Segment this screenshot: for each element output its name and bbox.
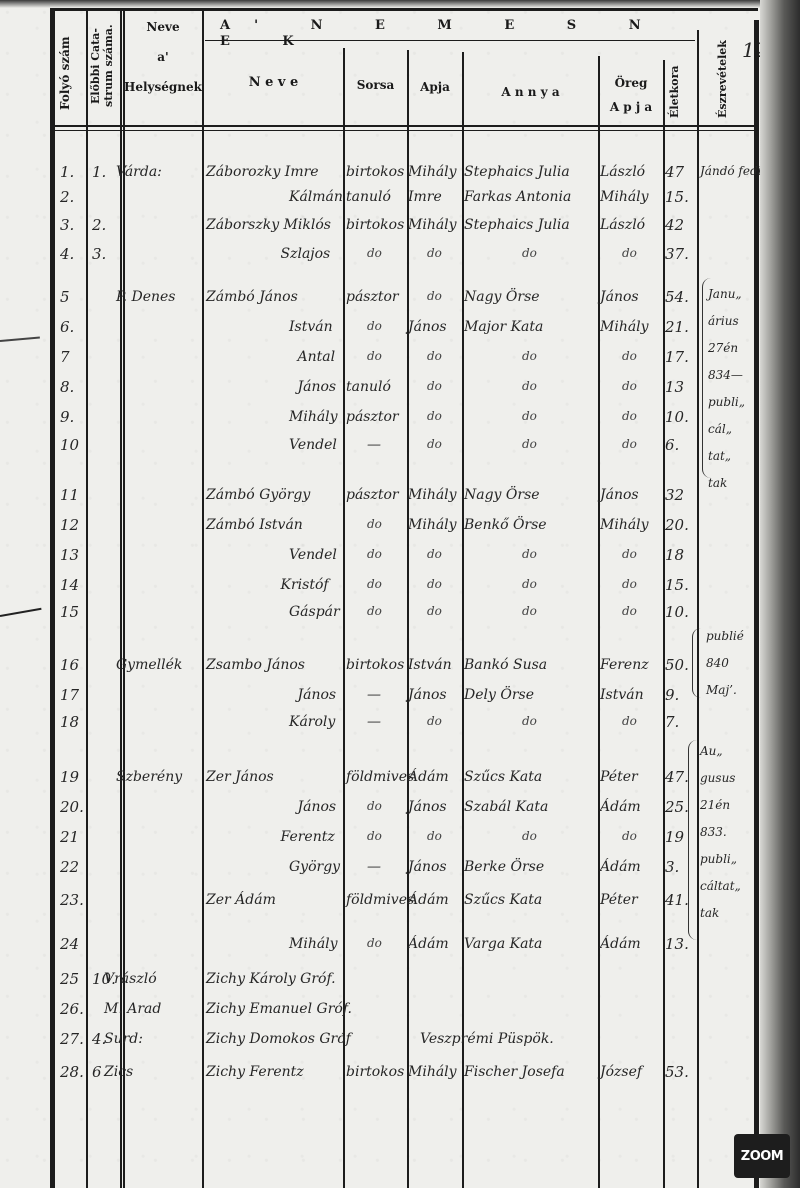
cell-grandfather: do <box>622 605 637 617</box>
brace-note-line: árius <box>708 315 739 327</box>
cell-mother: Szabál Kata <box>464 800 548 814</box>
cell-mother: Nagy Örse <box>464 290 540 304</box>
cell-father: do <box>427 247 442 259</box>
cell-grandfather: Ádám <box>600 860 641 874</box>
cell-grandfather: István <box>600 688 644 702</box>
cell-status: — <box>367 860 381 874</box>
cell-name: Mihály <box>289 410 338 424</box>
cell-grandfather: László <box>600 218 645 232</box>
cell-name: György <box>289 860 340 874</box>
frame-right-line <box>754 20 759 1188</box>
cell-mother: do <box>522 578 537 590</box>
zoom-watermark-text: ZOOM <box>741 1149 783 1164</box>
cell-age: 47. <box>665 770 689 785</box>
cell-mother: do <box>522 410 537 422</box>
cell-status: földmives <box>346 893 414 907</box>
cell-mother: Nagy Örse <box>464 488 540 502</box>
cell-mother: do <box>522 830 537 842</box>
cell-age: 47 <box>665 165 684 180</box>
cell-status: birtokos <box>346 218 404 232</box>
header-sorsa: Sorsa <box>344 78 407 92</box>
cell-no: 28. <box>60 1065 84 1080</box>
cell-age: 13 <box>665 380 684 395</box>
header-bottom-line-2 <box>50 130 758 131</box>
cell-age: 54. <box>665 290 689 305</box>
cell-mother: Fischer Josefa <box>464 1065 565 1079</box>
cell-no: 22 <box>60 860 79 875</box>
cell-status: birtokos <box>346 1065 404 1079</box>
scan-shadow <box>0 0 800 8</box>
cell-no: 3. <box>60 218 74 233</box>
cell-no: 14 <box>60 578 79 593</box>
brace-note-line: 833. <box>700 826 727 838</box>
brace-note-line: tak <box>700 907 719 919</box>
cell-grandfather: do <box>622 438 637 450</box>
cell-grandfather: Mihály <box>600 320 649 334</box>
brace-note-line: 27én <box>708 342 738 354</box>
cell-age: 50. <box>665 658 689 673</box>
cell-status: do <box>367 830 382 842</box>
cell-no: 20. <box>60 800 84 815</box>
cell-mother: Benkő Örse <box>464 518 547 532</box>
col-sep <box>697 30 699 1188</box>
header-helyseg-1: Neve <box>124 20 202 34</box>
cell-mother: Farkas Antonia <box>464 190 571 204</box>
cell-father: do <box>427 290 442 302</box>
cell-place: P. Denes <box>116 290 175 304</box>
cell-mother: do <box>522 715 537 727</box>
cell-mother: Szűcs Kata <box>464 770 542 784</box>
cell-name: Zámbó János <box>206 290 298 304</box>
cell-mother: Varga Kata <box>464 937 542 951</box>
cell-place: Szberény <box>116 770 182 784</box>
frame-left-line <box>50 8 55 1188</box>
cell-name: Vendel <box>289 438 337 452</box>
cell-name: Zichy Károly Gróf. <box>206 972 336 986</box>
cell-no: 1. <box>60 165 74 180</box>
cell-no: 26. <box>60 1002 84 1017</box>
col-sep <box>86 8 88 1188</box>
cell-age: 53. <box>665 1065 689 1080</box>
cell-grandfather: Péter <box>600 893 638 907</box>
cell-name: János <box>298 380 337 394</box>
cell-father: do <box>427 380 442 392</box>
cell-age: 41. <box>665 893 689 908</box>
cell-name: Zichy Domokos Gróf <box>206 1032 351 1046</box>
cell-name: János <box>298 688 337 702</box>
cell-father: Mihály <box>408 1065 457 1079</box>
cell-no: 23. <box>60 893 84 908</box>
cell-name: Szlajos <box>281 247 331 261</box>
header-group-title: A' N E M E S N E K <box>220 18 690 49</box>
cell-mother: do <box>522 380 537 392</box>
cell-cat: 2. <box>92 218 106 233</box>
cell-mother: do <box>522 548 537 560</box>
cell-status: földmives <box>346 770 414 784</box>
cell-mother: Bankó Susa <box>464 658 547 672</box>
col-sep <box>343 48 345 1188</box>
header-bottom-line <box>50 125 758 127</box>
cell-age: 6. <box>665 438 679 453</box>
cell-name: Záborszky Miklós <box>206 218 331 232</box>
cell-status: pásztor <box>346 290 399 304</box>
cell-status: do <box>367 320 382 332</box>
cell-mother: Szűcs Kata <box>464 893 542 907</box>
cell-no: 24 <box>60 937 79 952</box>
cell-age: 37. <box>665 247 689 262</box>
cell-status: do <box>367 578 382 590</box>
cell-father: János <box>408 800 447 814</box>
cell-name: István <box>289 320 333 334</box>
brace-note-line: tak <box>708 477 727 489</box>
cell-status: do <box>367 605 382 617</box>
cell-mother: Major Kata <box>464 320 543 334</box>
cell-place: Surd: <box>104 1032 143 1046</box>
cell-status: do <box>367 518 382 530</box>
cell-no: 2. <box>60 190 74 205</box>
cell-age: 9. <box>665 688 679 703</box>
cell-place: M. Arad <box>104 1002 161 1016</box>
brace-note-line: 840 <box>706 657 729 669</box>
header-eletkora: Életkora <box>668 62 692 122</box>
cell-mother: do <box>522 350 537 362</box>
cell-grandfather: Péter <box>600 770 638 784</box>
cell-grandfather: László <box>600 165 645 179</box>
cell-no: 11 <box>60 488 79 503</box>
cell-grandfather: Ferenz <box>600 658 649 672</box>
cell-place: Vrászló <box>104 972 157 986</box>
note-brace <box>688 740 697 940</box>
zoom-watermark-logo: ZOOM <box>734 1134 790 1178</box>
cell-age: 13. <box>665 937 689 952</box>
cell-father: János <box>408 688 447 702</box>
cell-father: do <box>427 548 442 560</box>
cell-grandfather: do <box>622 350 637 362</box>
cell-age: 17. <box>665 350 689 365</box>
thread-mark <box>0 337 40 342</box>
cell-status: — <box>367 688 381 702</box>
cell-grandfather: do <box>622 830 637 842</box>
cell-father: do <box>427 578 442 590</box>
cell-name: Mihály <box>289 937 338 951</box>
cell-father: Mihály <box>408 218 457 232</box>
cell-no: 5 <box>60 290 70 305</box>
pin-icon <box>0 608 42 617</box>
brace-note-line: publi„ <box>700 853 737 865</box>
cell-father: do <box>427 715 442 727</box>
cell-name: Kristóf <box>281 578 329 592</box>
brace-note-line: tat„ <box>708 450 731 462</box>
cell-father: Imre <box>408 190 442 204</box>
cell-no: 8. <box>60 380 74 395</box>
brace-note-line: cáltat„ <box>700 880 741 892</box>
cell-no: 15 <box>60 605 79 620</box>
cell-name: Zer Ádám <box>206 893 276 907</box>
cell-mother: Stephaics Julia <box>464 165 570 179</box>
cell-father: János <box>408 860 447 874</box>
cell-age: 3. <box>665 860 679 875</box>
cell-status: do <box>367 800 382 812</box>
cell-name: Károly <box>289 715 335 729</box>
header-apja: Apja <box>408 80 462 94</box>
cell-no: 25 <box>60 972 79 987</box>
header-oreg-apja-1: Öreg <box>599 76 663 90</box>
cell-age: 18 <box>665 548 684 563</box>
cell-mother: do <box>522 438 537 450</box>
cell-name: Zsambo János <box>206 658 305 672</box>
cell-name: Kálmán <box>289 190 343 204</box>
header-helyseg-3: Helységnek <box>124 80 202 94</box>
frame-top-line <box>50 8 758 11</box>
cell-no: 17 <box>60 688 79 703</box>
cell-cat: 6 <box>92 1065 102 1080</box>
cell-father: do <box>427 410 442 422</box>
cell-father: János <box>408 320 447 334</box>
cell-status: — <box>367 438 381 452</box>
brace-note-line: gusus <box>700 772 735 784</box>
header-oreg-apja-2: A p j a <box>599 100 663 114</box>
cell-no: 10 <box>60 438 79 453</box>
cell-status: tanuló <box>346 380 391 394</box>
brace-note-line: 21én <box>700 799 730 811</box>
cell-no: 9. <box>60 410 74 425</box>
cell-mother: do <box>522 605 537 617</box>
header-helyseg-2: a' <box>124 50 202 64</box>
cell-grandfather: do <box>622 410 637 422</box>
cell-name: Gáspár <box>289 605 340 619</box>
cell-father: do <box>427 605 442 617</box>
cell-father: Mihály <box>408 488 457 502</box>
cell-no: 7 <box>60 350 70 365</box>
cell-age: 42 <box>665 218 684 233</box>
cell-grandfather: Mihály <box>600 518 649 532</box>
cell-name: Vendel <box>289 548 337 562</box>
cell-grandfather: do <box>622 578 637 590</box>
cell-age: 7. <box>665 715 679 730</box>
cell-status: do <box>367 937 382 949</box>
cell-age: 32 <box>665 488 684 503</box>
cell-cat: 1. <box>92 165 106 180</box>
cell-status: do <box>367 548 382 560</box>
cell-name: Zámbó István <box>206 518 303 532</box>
header-eszrevetelek: Észrevételek <box>716 36 740 122</box>
cell-no: 18 <box>60 715 79 730</box>
cell-no: 4. <box>60 247 74 262</box>
header-neve: N e v e <box>204 75 343 91</box>
cell-grandfather: János <box>600 488 639 502</box>
cell-mother: do <box>522 247 537 259</box>
cell-name: Zer János <box>206 770 274 784</box>
brace-note-line: Maj’. <box>706 684 737 696</box>
cell-no: 13 <box>60 548 79 563</box>
cell-cat: 3. <box>92 247 106 262</box>
cell-father: Ádám <box>408 893 449 907</box>
brace-note-line: Janu„ <box>708 288 742 300</box>
cell-no: 27. <box>60 1032 84 1047</box>
cell-name: Zichy Emanuel Gróf. <box>206 1002 352 1016</box>
cell-place: Gymellék <box>116 658 182 672</box>
cell-no: 19 <box>60 770 79 785</box>
cell-father: Mihály <box>408 518 457 532</box>
book-spine <box>760 0 800 1188</box>
cell-grandfather: Ádám <box>600 937 641 951</box>
cell-place: Várda: <box>116 165 162 179</box>
cell-mother: Dely Örse <box>464 688 534 702</box>
cell-grandfather: József <box>600 1065 642 1079</box>
brace-note-line: cál„ <box>708 423 732 435</box>
cell-mother: Berke Örse <box>464 860 544 874</box>
header-elobbi-catastrum: Előbbi Cata- strum száma. <box>89 12 119 120</box>
header-anyja: A n n y a <box>463 85 598 99</box>
cell-name: Ferentz <box>281 830 335 844</box>
cell-status: birtokos <box>346 165 404 179</box>
register-page: 129 Folyó szám Előbbi Cata- strum száma.… <box>0 0 780 1188</box>
cell-father: Veszprémi Püspök. <box>420 1032 554 1046</box>
cell-status: pásztor <box>346 410 399 424</box>
cell-age: 19 <box>665 830 684 845</box>
cell-name: Zámbó György <box>206 488 310 502</box>
cell-father: István <box>408 658 452 672</box>
cell-father: do <box>427 438 442 450</box>
cell-status: birtokos <box>346 658 404 672</box>
cell-father: do <box>427 350 442 362</box>
cell-place: Zics <box>104 1065 133 1079</box>
cell-status: — <box>367 715 381 729</box>
cell-status: do <box>367 247 382 259</box>
cell-grandfather: Mihály <box>600 190 649 204</box>
cell-age: 15. <box>665 190 689 205</box>
cell-father: Mihály <box>408 165 457 179</box>
cell-no: 6. <box>60 320 74 335</box>
brace-note-line: Au„ <box>700 745 723 757</box>
cell-grandfather: do <box>622 380 637 392</box>
cell-father: Ádám <box>408 937 449 951</box>
brace-note-line: publi„ <box>708 396 745 408</box>
cell-grandfather: János <box>600 290 639 304</box>
header-folyo-szam: Folyó szám <box>58 28 80 118</box>
cell-name: Záborozky Imre <box>206 165 319 179</box>
cell-name: János <box>298 800 337 814</box>
cell-age: 20. <box>665 518 689 533</box>
cell-name: Zichy Ferentz <box>206 1065 304 1079</box>
cell-father: do <box>427 830 442 842</box>
cell-status: pásztor <box>346 488 399 502</box>
cell-age: 25. <box>665 800 689 815</box>
cell-grandfather: do <box>622 548 637 560</box>
cell-name: Antal <box>298 350 336 364</box>
cell-status: tanuló <box>346 190 391 204</box>
cell-mother: Stephaics Julia <box>464 218 570 232</box>
col-sep <box>202 8 204 1188</box>
brace-note-line: publié <box>706 630 744 642</box>
cell-note: Jándó fedi <box>700 165 761 177</box>
cell-age: 15. <box>665 578 689 593</box>
cell-no: 16 <box>60 658 79 673</box>
cell-age: 21. <box>665 320 689 335</box>
note-brace <box>692 628 701 698</box>
cell-status: do <box>367 350 382 362</box>
cell-grandfather: do <box>622 247 637 259</box>
brace-note-line: 834— <box>708 369 743 381</box>
cell-no: 21 <box>60 830 79 845</box>
cell-grandfather: Ádám <box>600 800 641 814</box>
cell-no: 12 <box>60 518 79 533</box>
cell-grandfather: do <box>622 715 637 727</box>
cell-age: 10. <box>665 605 689 620</box>
cell-age: 10. <box>665 410 689 425</box>
cell-father: Ádám <box>408 770 449 784</box>
